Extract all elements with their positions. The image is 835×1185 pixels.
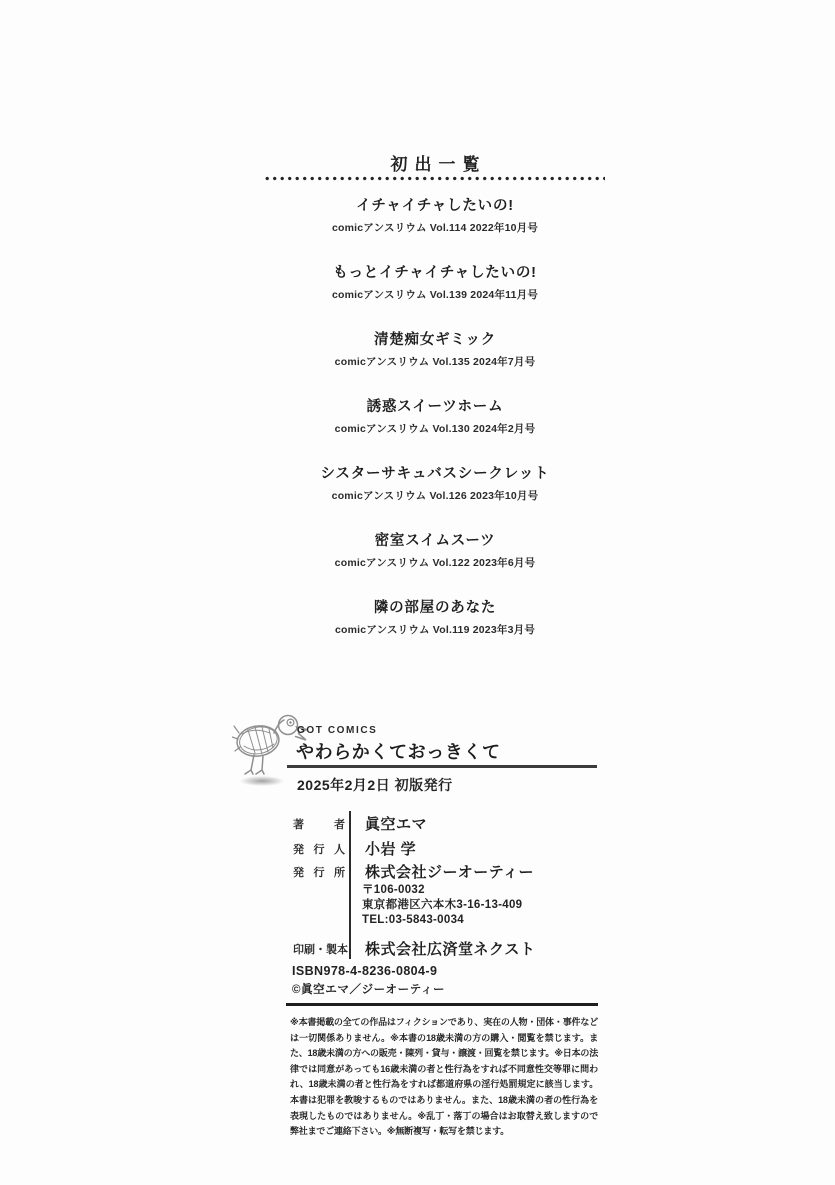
entry-title: シスターサキュバスシークレット (265, 466, 605, 482)
credit-label: 印刷・製本 (293, 938, 345, 957)
colophon-page: 初出一覧 イチャイチャしたいの! comicアンスリウム Vol.114 202… (0, 0, 835, 1185)
book-title: やわらかくておっきくて (296, 738, 501, 764)
entry-source: comicアンスリウム Vol.126 2023年10月号 (265, 488, 605, 503)
phone-number: TEL:03-5843-0034 (362, 913, 522, 928)
dotted-divider (265, 175, 605, 182)
copyright-line: ©眞空エマ／ジーオーティー (292, 981, 445, 997)
entry-title: イチャイチャしたいの! (265, 198, 605, 214)
entry-title: 隣の部屋のあなた (265, 600, 605, 616)
entry-source: comicアンスリウム Vol.122 2023年6月号 (265, 555, 605, 570)
credit-value: 小岩 学 (365, 838, 416, 859)
list-item: シスターサキュバスシークレット comicアンスリウム Vol.126 2023… (265, 459, 605, 526)
entry-title: 清楚痴女ギミック (265, 332, 605, 348)
disclaimer-rule (286, 1003, 598, 1006)
credit-label: 発行所 (293, 861, 345, 880)
imprint-label: GOT COMICS (297, 725, 377, 736)
publication-entries: イチャイチャしたいの! comicアンスリウム Vol.114 2022年10月… (265, 191, 605, 660)
credit-row-issuer: 発行人 小岩 学 (293, 838, 416, 859)
list-item: 清楚痴女ギミック comicアンスリウム Vol.135 2024年7月号 (265, 325, 605, 392)
credit-value: 眞空エマ (365, 813, 427, 834)
entry-source: comicアンスリウム Vol.135 2024年7月号 (265, 354, 605, 369)
bird-shadow (240, 776, 284, 786)
entry-source: comicアンスリウム Vol.130 2024年2月号 (265, 421, 605, 436)
street-address: 東京都港区六本木3-16-13-409 (362, 898, 522, 913)
list-item: もっとイチャイチャしたいの! comicアンスリウム Vol.139 2024年… (265, 258, 605, 325)
entry-title: もっとイチャイチャしたいの! (265, 265, 605, 281)
credit-value: 株式会社広済堂ネクスト (365, 938, 535, 959)
entry-title: 密室スイムスーツ (265, 533, 605, 549)
isbn: ISBN978-4-8236-0804-9 (292, 964, 437, 978)
publisher-address: 〒106-0032 東京都港区六本木3-16-13-409 TEL:03-584… (362, 883, 522, 929)
entry-source: comicアンスリウム Vol.119 2023年3月号 (265, 622, 605, 637)
entry-title: 誘惑スイーツホーム (265, 399, 605, 415)
list-item: 隣の部屋のあなた comicアンスリウム Vol.119 2023年3月号 (265, 593, 605, 660)
list-item: 誘惑スイーツホーム comicアンスリウム Vol.130 2024年2月号 (265, 392, 605, 459)
credit-value: 株式会社ジーオーティー (365, 861, 534, 882)
entry-source: comicアンスリウム Vol.114 2022年10月号 (265, 220, 605, 235)
entry-source: comicアンスリウム Vol.139 2024年11月号 (265, 287, 605, 302)
title-rule (287, 765, 597, 768)
edition-date: 2025年2月2日 初版発行 (297, 775, 453, 795)
credit-row-printer: 印刷・製本 株式会社広済堂ネクスト (293, 938, 535, 959)
credit-label: 著者 (293, 813, 345, 832)
credit-row-publisher: 発行所 株式会社ジーオーティー (293, 861, 534, 882)
credit-label: 発行人 (293, 838, 345, 857)
section-title: 初出一覧 (265, 150, 605, 175)
disclaimer-text: ※本書掲載の全ての作品はフィクションであり、実在の人物・団体・事件などは一切関係… (290, 1015, 598, 1140)
list-item: イチャイチャしたいの! comicアンスリウム Vol.114 2022年10月… (265, 191, 605, 258)
postal-code: 〒106-0032 (362, 883, 522, 898)
list-item: 密室スイムスーツ comicアンスリウム Vol.122 2023年6月号 (265, 526, 605, 593)
credit-row-author: 著者 眞空エマ (293, 813, 427, 834)
